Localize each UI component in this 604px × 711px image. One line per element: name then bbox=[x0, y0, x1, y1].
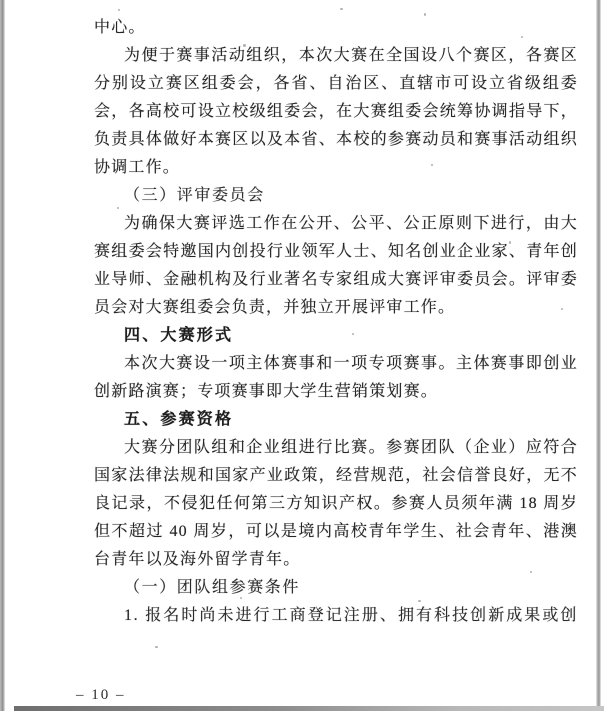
scan-speck bbox=[561, 308, 563, 310]
section-heading: 四、大赛形式 bbox=[94, 322, 578, 350]
body-line: 会，各高校可设立校级组委会，在大赛组委会统筹协调指导下， bbox=[94, 98, 578, 126]
sub-heading: （三）评审委员会 bbox=[94, 182, 578, 210]
scan-speck bbox=[240, 597, 242, 599]
scan-speck bbox=[509, 241, 511, 244]
list-item-line: 1. 报名时尚未进行工商登记注册、拥有科技创新成果或创 bbox=[94, 602, 578, 630]
scan-speck bbox=[431, 164, 433, 166]
body-line: 为确保大赛评选工作在公开、公平、公正原则下进行，由大 bbox=[94, 210, 578, 238]
scan-speck bbox=[424, 13, 426, 16]
scan-edge-left bbox=[0, 0, 5, 711]
scan-speck bbox=[521, 36, 523, 38]
body-line: 国家法律法规和国家产业政策，经营规范，社会信誉良好，无不 bbox=[94, 462, 578, 490]
body-line: 为便于赛事活动组织，本次大赛在全国设八个赛区，各赛区 bbox=[94, 42, 578, 70]
body-line: 赛组委会特邀国内创投行业领军人士、知名创业企业家、青年创 bbox=[94, 238, 578, 266]
scan-edge-right bbox=[596, 0, 601, 711]
body-line: 业导师、金融机构及行业著名专家组成大赛评审委员会。评审委 bbox=[94, 266, 578, 294]
body-line: 本次大赛设一项主体赛事和一项专项赛事。主体赛事即创业 bbox=[94, 350, 578, 378]
scan-speck bbox=[155, 646, 158, 648]
scan-speck bbox=[530, 571, 532, 573]
body-line: 协调工作。 bbox=[94, 154, 578, 182]
body-line: 分别设立赛区组委会，各省、自治区、直辖市可设立省级组委 bbox=[94, 70, 578, 98]
section-heading: 五、参赛资格 bbox=[94, 406, 578, 434]
page-number: – 10 – bbox=[76, 687, 126, 704]
scan-speck bbox=[352, 333, 354, 335]
scan-edge-bottom bbox=[14, 706, 604, 711]
scan-speck bbox=[117, 207, 119, 209]
body-line: 大赛分团队组和企业组进行比赛。参赛团队（企业）应符合 bbox=[94, 434, 578, 462]
body-line: 良记录，不侵犯任何第三方知识产权。参赛人员须年满 18 周岁 bbox=[94, 490, 578, 518]
scan-speck bbox=[243, 44, 246, 47]
body-line: 台青年以及海外留学青年。 bbox=[94, 546, 578, 574]
body-line: 负责具体做好本赛区以及本省、本校的参赛动员和赛事活动组织 bbox=[94, 126, 578, 154]
body-line: 中心。 bbox=[94, 14, 578, 42]
body-line: 但不超过 40 周岁，可以是境内高校青年学生、社会青年、港澳 bbox=[94, 518, 578, 546]
scan-speck bbox=[418, 600, 421, 602]
scan-speck bbox=[118, 9, 120, 11]
scanned-document-page: 中心。 为便于赛事活动组织，本次大赛在全国设八个赛区，各赛区 分别设立赛区组委会… bbox=[0, 0, 604, 711]
body-line: 创新路演赛；专项赛事即大学生营销策划赛。 bbox=[94, 378, 578, 406]
sub-heading: （一）团队组参赛条件 bbox=[94, 574, 578, 602]
scan-speck bbox=[340, 8, 343, 10]
body-line: 员会对大赛组委会负责，并独立开展评审工作。 bbox=[94, 294, 578, 322]
document-text-column: 中心。 为便于赛事活动组织，本次大赛在全国设八个赛区，各赛区 分别设立赛区组委会… bbox=[94, 14, 578, 630]
